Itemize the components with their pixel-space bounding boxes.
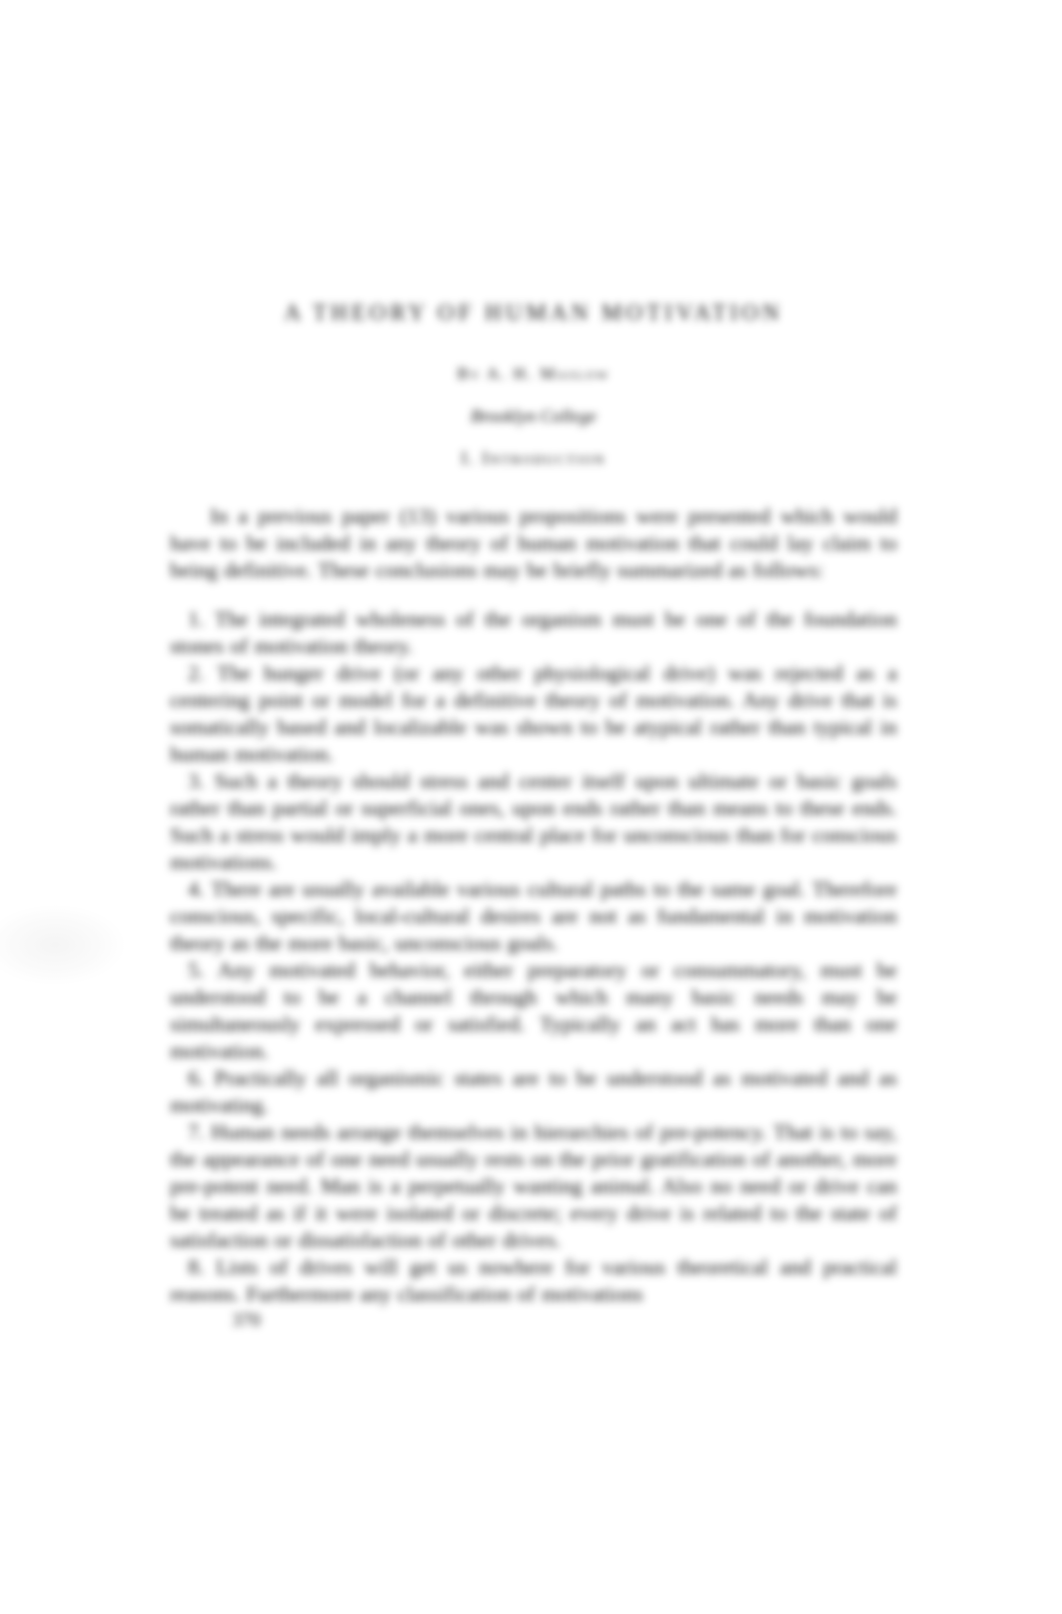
intro-paragraph: In a previous paper (13) various proposi…	[170, 503, 897, 584]
numbered-item-1: 1. The integrated wholeness of the organ…	[170, 606, 897, 660]
page-number: 370	[232, 1308, 897, 1334]
numbered-item-7: 7. Human needs arrange themselves in hie…	[170, 1119, 897, 1254]
document-page: A THEORY OF HUMAN MOTIVATION By A. H. Ma…	[0, 0, 1062, 1614]
numbered-item-6: 6. Practically all organismic states are…	[170, 1065, 897, 1119]
page-title: A THEORY OF HUMAN MOTIVATION	[170, 299, 897, 327]
author-affiliation: Brooklyn College	[170, 405, 897, 427]
numbered-item-3: 3. Such a theory should stress and cente…	[170, 768, 897, 876]
numbered-item-8: 8. Lists of drives will get us nowhere f…	[170, 1254, 897, 1308]
section-heading-introduction: I. Introduction	[170, 446, 897, 470]
numbered-item-2: 2. The hunger drive (or any other physio…	[170, 660, 897, 768]
numbered-proposition-list: 1. The integrated wholeness of the organ…	[170, 606, 897, 1308]
author-byline: By A. H. Maslow	[170, 363, 897, 385]
numbered-item-4: 4. There are usually available various c…	[170, 876, 897, 957]
numbered-item-5: 5. Any motivated behavior, either prepar…	[170, 957, 897, 1065]
